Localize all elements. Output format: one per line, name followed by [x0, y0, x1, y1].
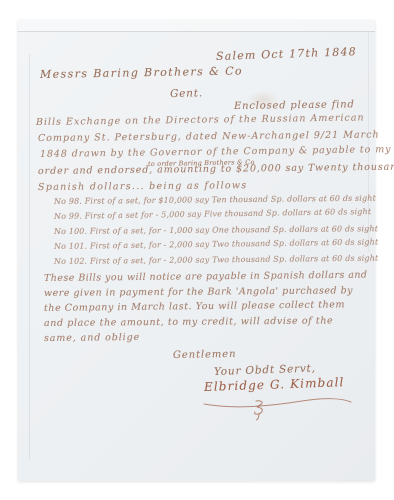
date-line: Salem Oct 17th 1848 [216, 45, 357, 63]
closing-line: These Bills you will notice are payable … [44, 270, 368, 284]
bill-line: No 99. First of a set for - 5,000 say Fi… [54, 207, 371, 221]
closing-line: and place the amount, to my credit, will… [44, 315, 333, 329]
letter-paper: Salem Oct 17th 1848 Messrs Baring Brothe… [18, 20, 375, 481]
body-line: Bills Exchange on the Directors of the R… [36, 112, 365, 128]
closing-line: the Company in March last. You will plea… [44, 299, 345, 314]
recipient-line: Messrs Baring Brothers & Co [40, 64, 243, 81]
signature-underline-flourish [202, 394, 354, 408]
valediction-line: Gentlemen [173, 349, 237, 361]
body-line: Spanish dollars... being as follows [38, 180, 248, 193]
body-line: 1848 drawn by the Governor of the Compan… [40, 144, 391, 160]
bill-line: No 101. First of a set, for - 2,000 say … [54, 237, 378, 251]
bill-line: No 102. First of a set, for - 2,000 say … [54, 254, 378, 266]
fold-crease-horizontal [18, 31, 375, 32]
body-line: order and endorsed, amounting to $20,000… [38, 162, 394, 177]
body-line: Company St. Petersburg, dated New-Archan… [38, 129, 380, 144]
closing-line: were given in payment for the Bark 'Ango… [44, 285, 353, 299]
closing-line: same, and oblige [44, 332, 140, 344]
fold-crease-vertical-left [29, 54, 30, 459]
letter-scan: Salem Oct 17th 1848 Messrs Baring Brothe… [0, 0, 394, 500]
opening-line: Enclosed please find [234, 99, 355, 112]
bill-line: No 98. First of a set, for $10,000 say T… [54, 194, 376, 206]
salutation-line: Gent. [170, 87, 203, 100]
signature-paraph-icon [250, 399, 268, 421]
fold-crease-vertical-right [368, 32, 369, 252]
signature: Elbridge G. Kimball [204, 375, 345, 394]
bill-line: No 100. First of a set, for - 1,000 say … [54, 224, 378, 236]
